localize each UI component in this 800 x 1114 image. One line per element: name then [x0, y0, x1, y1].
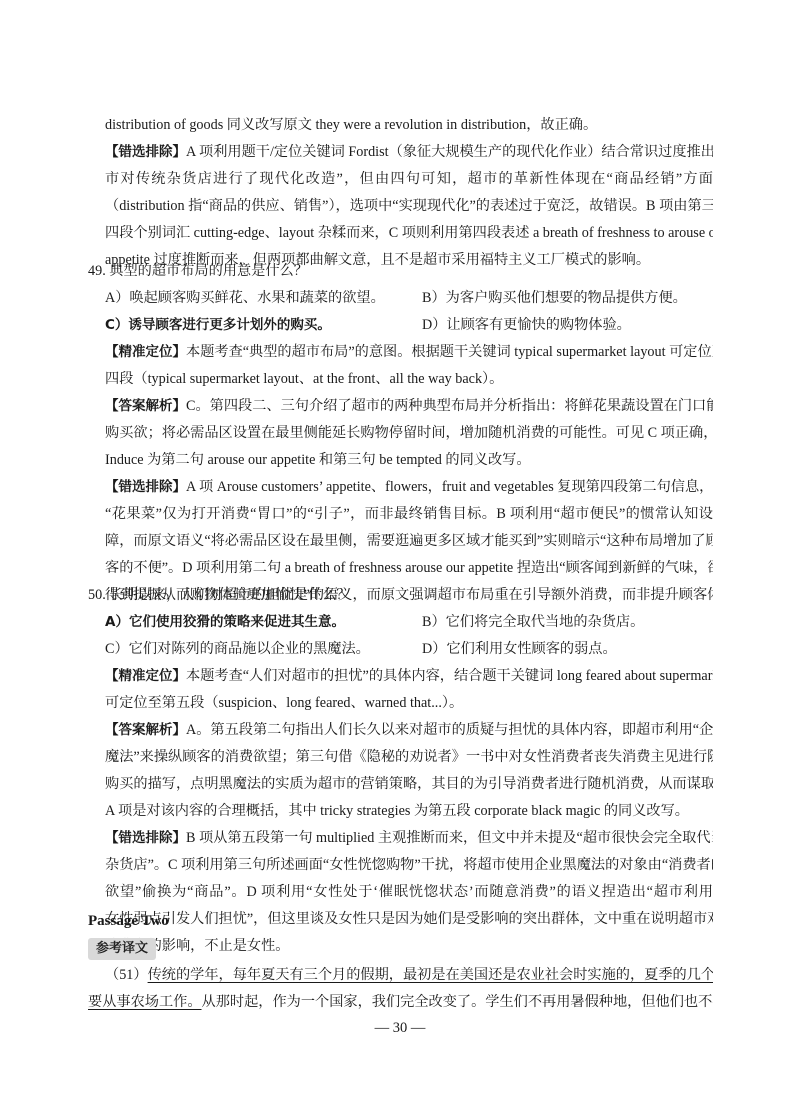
passage-two-heading: Passage Two: [88, 908, 169, 935]
question-50-title: 50. 长期以来，人们对超市的担忧是什么？: [88, 582, 350, 609]
text-line: 购买欲；将必需品区设置在最里侧能延长购物停留时间，增加随机消费的可能性。可见 C…: [105, 420, 713, 447]
text-line: （distribution 指“商品的供应、销售”），选项中“实现现代化”的表述…: [105, 193, 713, 220]
text-line: 购买的描写，点明黑魔法的实质为超市的营销策略，其目的为引导消费者进行随机消费，从…: [105, 771, 713, 798]
q49-option-b: B）为客户购买他们想要的物品提供方便。: [422, 285, 687, 312]
q48-elimination: 【错选排除】A 项利用题干/定位关键词 Fordist（象征大规模生产的现代化作…: [105, 139, 713, 274]
q49-option-d: D）让顾客有更愉快的购物体验。: [422, 312, 631, 339]
text-line: 欲望”偷换为“商品”。D 项利用“女性处于‘催眠恍惚状态’而随意消费”的语义捏造…: [105, 879, 713, 906]
text-line: 本题考查“典型的超市布局”的意图。根据题干关键词 typical superma…: [186, 344, 713, 360]
text-line: C。第四段二、三句介绍了超市的两种典型布局并分析指出：将鲜花果蔬设置在门口能激起: [186, 398, 713, 414]
q50-option-b: B）它们将完全取代当地的杂货店。: [422, 609, 644, 636]
text-line: distribution of goods 同义改写原文 they were a…: [105, 112, 713, 139]
paragraph-number: （51）: [105, 967, 148, 983]
text-line: 魔法”来操纵顾客的消费欲望；第三句借《隐秘的劝说者》一书中对女性消费者丧失消费主…: [105, 744, 713, 771]
text-line: 女性弱点引发人们担忧”，但这里谈及女性只是因为她们是受影响的突出群体，文中重在说…: [105, 906, 713, 933]
section-tag: 【错选排除】: [105, 830, 186, 846]
text-line: 本题考查“人们对超市的担忧”的具体内容，结合题干关键词 long feared …: [186, 668, 713, 684]
q49-analysis: 【答案解析】C。第四段二、三句介绍了超市的两种典型布局并分析指出：将鲜花果蔬设置…: [105, 393, 713, 474]
section-tag: 【错选排除】: [105, 144, 186, 160]
q50-analysis: 【答案解析】A。第五段第二句指出人们长久以来对超市的质疑与担忧的具体内容，即超市…: [105, 717, 713, 825]
text-line: 杂货店”。C 项利用第三句所述画面“女性恍惚购物”干扰，将超市使用企业黑魔法的对…: [105, 852, 713, 879]
page-number: — 30 —: [0, 1020, 800, 1037]
text-line: A。第五段第二句指出人们长久以来对超市的质疑与担忧的具体内容，即超市利用“企业黑: [186, 722, 713, 738]
text-line: A 项是对该内容的合理概括，其中 tricky strategies 为第五段 …: [105, 798, 713, 825]
text-line: 客的不便”。D 项利用第二句 a breath of freshness aro…: [105, 555, 713, 582]
q49-option-a: A）唤起顾客购买鲜花、水果和蔬菜的欲望。: [105, 285, 385, 312]
text-line: 四段个别词汇 cutting-edge、layout 杂糅而来，C 项则利用第四…: [105, 220, 713, 247]
text-line: “花果菜”仅为打开消费“胃口”的“引子”，而非最终销售目标。B 项利用“超市便民…: [105, 501, 713, 528]
text-line: 四段（typical supermarket layout、at the fro…: [105, 366, 713, 393]
q50-option-d: D）它们利用女性顾客的弱点。: [422, 636, 617, 663]
text-line: A 项利用题干/定位关键词 Fordist（象征大规模生产的现代化作业）结合常识…: [186, 144, 713, 160]
text-line: 从那时起，作为一个国家，我们完全改变了。学生们不再用暑假种地，但他们也不在学校。: [202, 994, 713, 1010]
q50-option-a-correct: A）它们使用狡猾的策略来促进其生意。: [105, 609, 345, 636]
section-tag: 【精准定位】: [105, 344, 186, 360]
reference-translation-label: 参考译文: [88, 938, 156, 960]
text-line: Induce 为第二句 arouse our appetite 和第三句 be …: [105, 447, 713, 474]
passage-two-translation: （51）传统的学年，每年夏天有三个月的假期，最初是在美国还是农业社会时实施的，夏…: [88, 962, 713, 1016]
text-line: B 项从第五段第一句 multiplied 主观推断而来，但文中并未提及“超市很…: [186, 830, 713, 846]
continuation-paragraph: distribution of goods 同义改写原文 they were a…: [105, 112, 713, 139]
section-tag: 【答案解析】: [105, 398, 186, 414]
section-tag: 【答案解析】: [105, 722, 186, 738]
section-tag: 【错选排除】: [105, 479, 186, 495]
underlined-sentence-end: 要从事农场工作。: [88, 994, 202, 1010]
q49-locate: 【精准定位】本题考查“典型的超市布局”的意图。根据题干关键词 typical s…: [105, 339, 713, 393]
q50-elimination: 【错选排除】B 项从第五段第一句 multiplied 主观推断而来，但文中并未…: [105, 825, 713, 960]
document-page: distribution of goods 同义改写原文 they were a…: [0, 0, 800, 1114]
q50-option-c: C）它们对陈列的商品施以企业的黑魔法。: [105, 636, 370, 663]
text-line: 障，而原文语义“将必需品区设在最里侧，需要逛遍更多区域才能买到”实则暗示“这种布…: [105, 528, 713, 555]
q50-locate: 【精准定位】本题考查“人们对超市的担忧”的具体内容，结合题干关键词 long f…: [105, 663, 713, 717]
q49-option-c-correct: C）诱导顾客进行更多计划外的购买。: [105, 312, 331, 339]
text-line: 可定位至第五段（suspicion、long feared、warned tha…: [105, 690, 713, 717]
text-line: 市对传统杂货店进行了现代化改造”，但由四句可知，超市的革新性体现在“商品经销”方…: [105, 166, 713, 193]
section-tag: 【精准定位】: [105, 668, 186, 684]
question-49-title: 49. 典型的超市布局的用意是什么？: [88, 258, 308, 285]
underlined-sentence: 传统的学年，每年夏天有三个月的假期，最初是在美国还是农业社会时实施的，夏季的几个…: [148, 967, 713, 983]
text-line: A 项 Arouse customers’ appetite、flowers，f…: [186, 479, 713, 495]
text-line: 消费者的影响，不止是女性。: [105, 933, 713, 960]
